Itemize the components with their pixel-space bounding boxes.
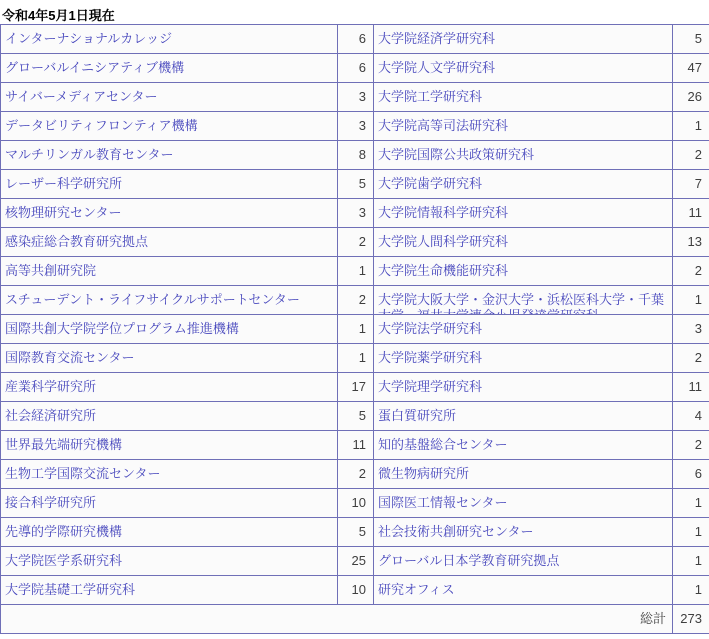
count-cell-right: 6 <box>673 460 709 489</box>
table-row: 社会経済研究所5蛋白質研究所4 <box>1 402 709 431</box>
table-row: 国際教育交流センター1大学院薬学研究科2 <box>1 344 709 373</box>
org-name-cell-left: 核物理研究センター <box>1 199 338 228</box>
date-heading: 令和4年5月1日現在 <box>0 0 709 24</box>
count-value: 1 <box>673 576 709 604</box>
org-name: スチューデント・ライフサイクルサポートセンター <box>1 286 337 314</box>
table-row: 先導的学際研究機構5社会技術共創研究センター1 <box>1 518 709 547</box>
table-row: グローバルイニシアティブ機構6大学院人文学研究科47 <box>1 54 709 83</box>
org-name: 社会技術共創研究センター <box>374 518 672 546</box>
table-row: 生物工学国際交流センター2微生物病研究所6 <box>1 460 709 489</box>
org-name-cell-left: インターナショナルカレッジ <box>1 25 338 54</box>
org-name: 国際教育交流センター <box>1 344 337 372</box>
org-name: 先導的学際研究機構 <box>1 518 337 546</box>
org-name: 大学院医学系研究科 <box>1 547 337 575</box>
org-name-cell-left: グローバルイニシアティブ機構 <box>1 54 338 83</box>
org-name: 大学院工学研究科 <box>374 83 672 111</box>
table-row: データビリティフロンティア機構3大学院高等司法研究科1 <box>1 112 709 141</box>
org-name-cell-left: 社会経済研究所 <box>1 402 338 431</box>
org-name: インターナショナルカレッジ <box>1 25 337 53</box>
org-name-cell-right: 大学院法学研究科 <box>374 315 673 344</box>
count-value: 1 <box>338 257 373 285</box>
count-value: 3 <box>338 83 373 111</box>
count-cell-right: 7 <box>673 170 709 199</box>
count-cell-left: 5 <box>338 518 374 547</box>
count-cell-left: 1 <box>338 315 374 344</box>
org-name: 大学院高等司法研究科 <box>374 112 672 140</box>
count-value: 1 <box>338 315 373 343</box>
org-name-cell-left: 産業科学研究所 <box>1 373 338 402</box>
count-value: 5 <box>338 170 373 198</box>
count-cell-right: 1 <box>673 112 709 141</box>
count-value: 11 <box>338 431 373 459</box>
table-row: 接合科学研究所10国際医工情報センター1 <box>1 489 709 518</box>
count-cell-left: 2 <box>338 460 374 489</box>
org-name-cell-right: グローバル日本学教育研究拠点 <box>374 547 673 576</box>
count-value: 26 <box>673 83 709 111</box>
org-name-cell-left: 大学院医学系研究科 <box>1 547 338 576</box>
org-name-cell-right: 大学院人間科学研究科 <box>374 228 673 257</box>
org-name: 国際共創大学院学位プログラム推進機構 <box>1 315 337 343</box>
table-row: 世界最先端研究機構11知的基盤総合センター2 <box>1 431 709 460</box>
count-value: 3 <box>338 199 373 227</box>
org-name-cell-right: 国際医工情報センター <box>374 489 673 518</box>
org-name-cell-left: マルチリンガル教育センター <box>1 141 338 170</box>
table-row: 大学院基礎工学研究科10研究オフィス1 <box>1 576 709 605</box>
org-name-cell-right: 大学院工学研究科 <box>374 83 673 112</box>
org-name: 大学院人間科学研究科 <box>374 228 672 256</box>
count-cell-left: 17 <box>338 373 374 402</box>
count-value: 1 <box>673 112 709 140</box>
org-name: 産業科学研究所 <box>1 373 337 401</box>
count-cell-right: 3 <box>673 315 709 344</box>
org-name-cell-right: 知的基盤総合センター <box>374 431 673 460</box>
count-value: 1 <box>673 489 709 517</box>
org-name: 世界最先端研究機構 <box>1 431 337 459</box>
table-row: 大学院医学系研究科25グローバル日本学教育研究拠点1 <box>1 547 709 576</box>
org-name-cell-right: 大学院国際公共政策研究科 <box>374 141 673 170</box>
total-value-cell: 273 <box>673 605 709 634</box>
org-name-cell-right: 大学院大阪大学・金沢大学・浜松医科大学・千葉大学・福井大学連合小児発達学研究科 <box>374 286 673 315</box>
count-value: 17 <box>338 373 373 401</box>
count-value: 10 <box>338 489 373 517</box>
org-name: 大学院理学研究科 <box>374 373 672 401</box>
total-label: 総計 <box>1 605 672 633</box>
table-row: 感染症総合教育研究拠点2大学院人間科学研究科13 <box>1 228 709 257</box>
count-cell-right: 2 <box>673 344 709 373</box>
count-cell-right: 13 <box>673 228 709 257</box>
org-name-cell-left: 感染症総合教育研究拠点 <box>1 228 338 257</box>
org-name: レーザー科学研究所 <box>1 170 337 198</box>
org-name: グローバル日本学教育研究拠点 <box>374 547 672 575</box>
org-name: 大学院人文学研究科 <box>374 54 672 82</box>
org-name-cell-right: 研究オフィス <box>374 576 673 605</box>
count-cell-left: 10 <box>338 576 374 605</box>
table-row: 産業科学研究所17大学院理学研究科11 <box>1 373 709 402</box>
org-name-cell-left: 先導的学際研究機構 <box>1 518 338 547</box>
table-row: マルチリンガル教育センター8大学院国際公共政策研究科2 <box>1 141 709 170</box>
count-value: 13 <box>673 228 709 256</box>
org-name: 大学院経済学研究科 <box>374 25 672 53</box>
total-value: 273 <box>673 605 709 633</box>
count-value: 10 <box>338 576 373 604</box>
org-name-cell-right: 蛋白質研究所 <box>374 402 673 431</box>
count-value: 2 <box>338 228 373 256</box>
count-value: 6 <box>338 54 373 82</box>
table-row: インターナショナルカレッジ6大学院経済学研究科5 <box>1 25 709 54</box>
org-name: 大学院歯学研究科 <box>374 170 672 198</box>
count-value: 47 <box>673 54 709 82</box>
org-name: 研究オフィス <box>374 576 672 604</box>
count-cell-left: 6 <box>338 25 374 54</box>
count-cell-right: 26 <box>673 83 709 112</box>
org-name-cell-left: 接合科学研究所 <box>1 489 338 518</box>
org-name-cell-left: レーザー科学研究所 <box>1 170 338 199</box>
count-cell-left: 5 <box>338 402 374 431</box>
org-name-cell-left: 国際教育交流センター <box>1 344 338 373</box>
total-row: 総計273 <box>1 605 709 634</box>
table-row: 高等共創研究院1大学院生命機能研究科2 <box>1 257 709 286</box>
count-value: 2 <box>338 286 373 314</box>
org-name: 蛋白質研究所 <box>374 402 672 430</box>
org-name: 高等共創研究院 <box>1 257 337 285</box>
org-name: 国際医工情報センター <box>374 489 672 517</box>
org-name: 接合科学研究所 <box>1 489 337 517</box>
count-cell-left: 5 <box>338 170 374 199</box>
count-cell-right: 5 <box>673 25 709 54</box>
count-value: 5 <box>338 402 373 430</box>
count-value: 8 <box>338 141 373 169</box>
org-name: 大学院薬学研究科 <box>374 344 672 372</box>
count-value: 4 <box>673 402 709 430</box>
count-value: 6 <box>673 460 709 488</box>
count-cell-left: 11 <box>338 431 374 460</box>
count-value: 25 <box>338 547 373 575</box>
org-name: 大学院大阪大学・金沢大学・浜松医科大学・千葉大学・福井大学連合小児発達学研究科 <box>374 286 672 314</box>
org-name: 大学院法学研究科 <box>374 315 672 343</box>
count-value: 2 <box>338 460 373 488</box>
count-cell-right: 1 <box>673 489 709 518</box>
org-name-cell-right: 大学院人文学研究科 <box>374 54 673 83</box>
page: 令和4年5月1日現在 インターナショナルカレッジ6大学院経済学研究科5グローバル… <box>0 0 709 639</box>
table-row: サイバーメディアセンター3大学院工学研究科26 <box>1 83 709 112</box>
table-row: スチューデント・ライフサイクルサポートセンター2大学院大阪大学・金沢大学・浜松医… <box>1 286 709 315</box>
org-name: 大学院国際公共政策研究科 <box>374 141 672 169</box>
count-cell-right: 1 <box>673 547 709 576</box>
count-value: 1 <box>673 286 709 314</box>
org-name-cell-right: 大学院理学研究科 <box>374 373 673 402</box>
count-cell-left: 10 <box>338 489 374 518</box>
org-name: 大学院情報科学研究科 <box>374 199 672 227</box>
org-name-cell-right: 社会技術共創研究センター <box>374 518 673 547</box>
org-name: 微生物病研究所 <box>374 460 672 488</box>
org-name-cell-right: 大学院情報科学研究科 <box>374 199 673 228</box>
total-label-cell: 総計 <box>1 605 673 634</box>
count-value: 5 <box>673 25 709 53</box>
org-name-cell-left: 大学院基礎工学研究科 <box>1 576 338 605</box>
count-cell-right: 4 <box>673 402 709 431</box>
count-cell-left: 6 <box>338 54 374 83</box>
count-value: 2 <box>673 141 709 169</box>
count-cell-right: 2 <box>673 141 709 170</box>
count-value: 1 <box>673 518 709 546</box>
count-value: 1 <box>673 547 709 575</box>
count-value: 1 <box>338 344 373 372</box>
org-name-cell-left: 高等共創研究院 <box>1 257 338 286</box>
organization-count-table: インターナショナルカレッジ6大学院経済学研究科5グローバルイニシアティブ機構6大… <box>0 24 709 634</box>
org-name-cell-right: 大学院薬学研究科 <box>374 344 673 373</box>
table-row: 国際共創大学院学位プログラム推進機構1大学院法学研究科3 <box>1 315 709 344</box>
count-cell-right: 1 <box>673 518 709 547</box>
count-value: 3 <box>338 112 373 140</box>
count-cell-right: 2 <box>673 431 709 460</box>
org-name-cell-right: 微生物病研究所 <box>374 460 673 489</box>
count-cell-left: 3 <box>338 199 374 228</box>
count-value: 11 <box>673 199 709 227</box>
org-name-cell-left: 国際共創大学院学位プログラム推進機構 <box>1 315 338 344</box>
count-cell-left: 3 <box>338 112 374 141</box>
count-value: 5 <box>338 518 373 546</box>
count-cell-right: 2 <box>673 257 709 286</box>
count-cell-left: 25 <box>338 547 374 576</box>
org-name-cell-right: 大学院経済学研究科 <box>374 25 673 54</box>
count-cell-left: 3 <box>338 83 374 112</box>
org-name: 大学院基礎工学研究科 <box>1 576 337 604</box>
org-name-cell-right: 大学院生命機能研究科 <box>374 257 673 286</box>
count-cell-left: 2 <box>338 228 374 257</box>
org-name-cell-left: サイバーメディアセンター <box>1 83 338 112</box>
count-value: 2 <box>673 431 709 459</box>
count-cell-right: 11 <box>673 373 709 402</box>
count-value: 6 <box>338 25 373 53</box>
org-name-cell-right: 大学院歯学研究科 <box>374 170 673 199</box>
count-value: 2 <box>673 344 709 372</box>
org-name: 核物理研究センター <box>1 199 337 227</box>
org-name: 大学院生命機能研究科 <box>374 257 672 285</box>
org-name: 知的基盤総合センター <box>374 431 672 459</box>
org-name: グローバルイニシアティブ機構 <box>1 54 337 82</box>
count-cell-right: 47 <box>673 54 709 83</box>
count-cell-right: 1 <box>673 286 709 315</box>
org-name-cell-left: データビリティフロンティア機構 <box>1 112 338 141</box>
org-name-cell-left: 世界最先端研究機構 <box>1 431 338 460</box>
count-cell-left: 1 <box>338 344 374 373</box>
org-name: マルチリンガル教育センター <box>1 141 337 169</box>
org-name: 生物工学国際交流センター <box>1 460 337 488</box>
count-value: 3 <box>673 315 709 343</box>
count-cell-right: 1 <box>673 576 709 605</box>
count-value: 2 <box>673 257 709 285</box>
org-name-cell-left: スチューデント・ライフサイクルサポートセンター <box>1 286 338 315</box>
count-value: 7 <box>673 170 709 198</box>
count-cell-left: 2 <box>338 286 374 315</box>
org-name: 社会経済研究所 <box>1 402 337 430</box>
count-cell-left: 8 <box>338 141 374 170</box>
org-name: 感染症総合教育研究拠点 <box>1 228 337 256</box>
org-name-cell-left: 生物工学国際交流センター <box>1 460 338 489</box>
count-cell-left: 1 <box>338 257 374 286</box>
table-row: レーザー科学研究所5大学院歯学研究科7 <box>1 170 709 199</box>
org-name: サイバーメディアセンター <box>1 83 337 111</box>
count-value: 11 <box>673 373 709 401</box>
org-name: データビリティフロンティア機構 <box>1 112 337 140</box>
table-row: 核物理研究センター3大学院情報科学研究科11 <box>1 199 709 228</box>
org-name-cell-right: 大学院高等司法研究科 <box>374 112 673 141</box>
count-cell-right: 11 <box>673 199 709 228</box>
